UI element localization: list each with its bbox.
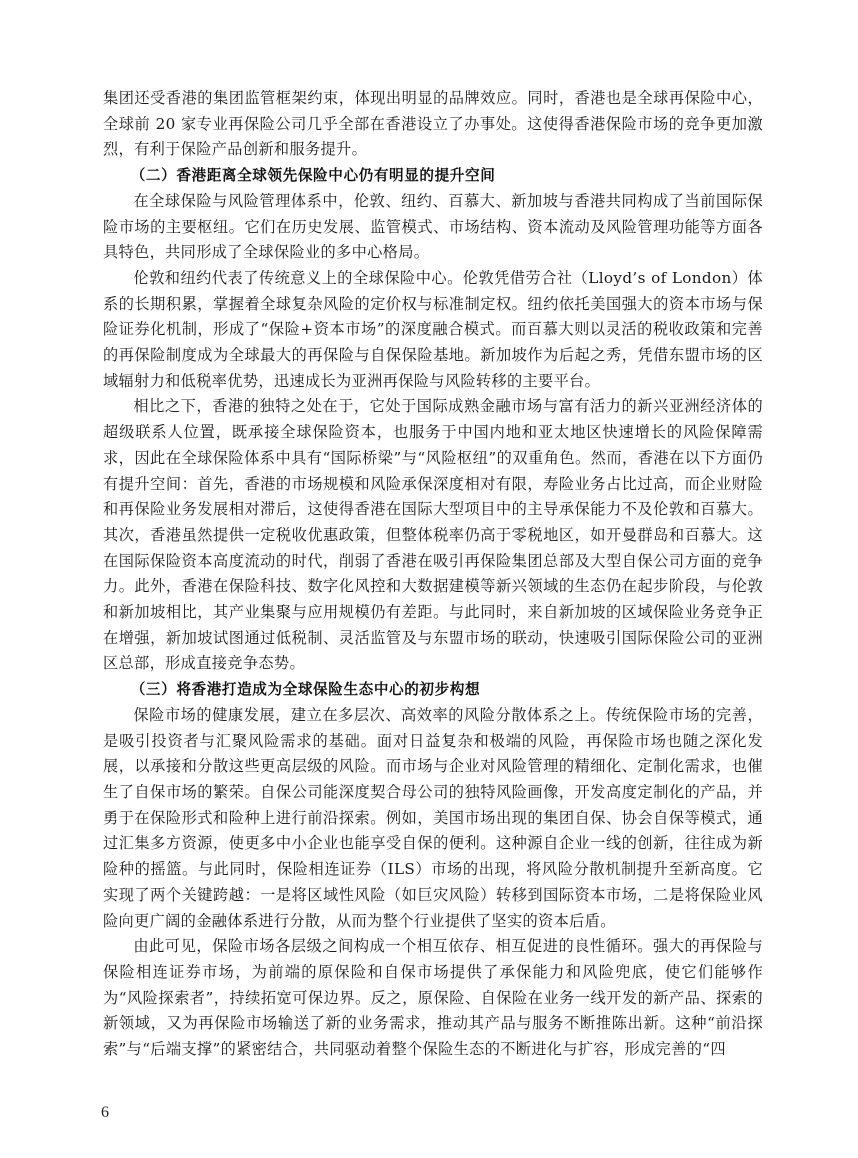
paragraph-london-newyork: 伦敦和纽约代表了传统意义上的全球保险中心。伦敦凭借劳合社（Lloyd’s of … [103,266,763,395]
paragraph-brand-effect: 集团还受香港的集团监管框架约束，体现出明显的品牌效应。同时，香港也是全球再保险中… [103,86,763,163]
page-number: 6 [101,1104,109,1122]
paragraph-virtuous-cycle: 由此可见，保险市场各层级之间构成一个相互依存、相互促进的良性循环。强大的再保险与… [103,934,763,1063]
section-heading-2: （二）香港距离全球领先保险中心仍有明显的提升空间 [103,163,763,189]
section-heading-3: （三）将香港打造成为全球保险生态中心的初步构想 [103,677,763,703]
page-body: 集团还受香港的集团监管框架约束，体现出明显的品牌效应。同时，香港也是全球再保险中… [103,86,763,1063]
paragraph-hongkong-gaps: 相比之下，香港的独特之处在于，它处于国际成熟金融市场与富有活力的新兴亚洲经济体的… [103,394,763,677]
paragraph-global-hubs: 在全球保险与风险管理体系中，伦敦、纽约、百慕大、新加坡与香港共同构成了当前国际保… [103,189,763,266]
paragraph-market-layers: 保险市场的健康发展，建立在多层次、高效率的风险分散体系之上。传统保险市场的完善，… [103,703,763,934]
